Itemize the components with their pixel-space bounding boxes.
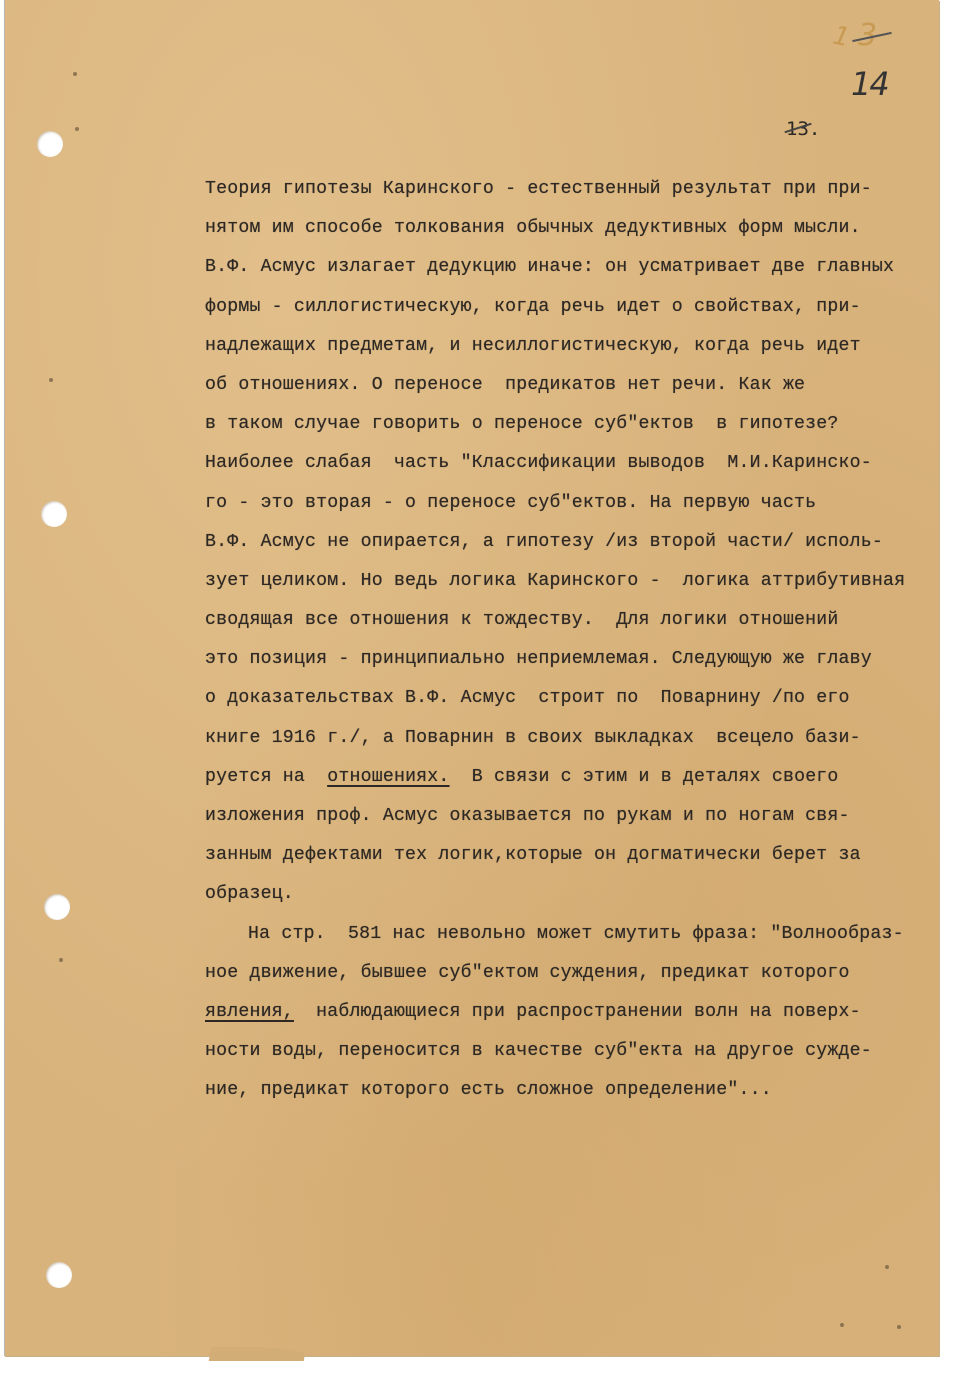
text-line: В.Ф. Асмус излагает дедукцию иначе: он у… — [205, 254, 945, 293]
text-line: нятом им способе толкования обычных деду… — [205, 215, 945, 254]
punch-hole — [37, 131, 63, 157]
text-line: книге 1916 г./, а Поварнин в своих выкла… — [205, 725, 945, 764]
archive-folio-number: 14 — [851, 65, 888, 103]
text-line-with-underline: явления, наблюдающиеся при распространен… — [205, 999, 945, 1038]
paper-speck — [49, 378, 53, 382]
text-line: ности воды, переносится в качестве суб"е… — [205, 1038, 945, 1077]
punch-hole — [41, 501, 67, 527]
text-line: изложения проф. Асмус оказывается по рук… — [205, 803, 945, 842]
text-line: зует целиком. Но ведь логика Каринского … — [205, 568, 945, 607]
typewritten-text: Теория гипотезы Каринского - естественны… — [205, 176, 945, 1117]
text-line: го - это вторая - о переносе суб"ектов. … — [205, 490, 945, 529]
text-line: Наиболее слабая часть "Классификации выв… — [205, 450, 945, 489]
paper-speck — [59, 958, 63, 962]
page-number: 13. — [786, 118, 820, 140]
archive-pencil-mark: 1 — [830, 21, 852, 54]
page-number-rest: 3. — [797, 118, 820, 140]
torn-paper-edge — [209, 1347, 306, 1361]
text-line: Теория гипотезы Каринского - естественны… — [205, 176, 945, 215]
text-line: об отношениях. О переносе предикатов нет… — [205, 372, 945, 411]
text-segment: наблюдающиеся при распространении волн н… — [294, 1002, 861, 1022]
text-line: образец. — [205, 881, 945, 920]
archive-crossed-folio: 3 — [858, 18, 877, 53]
text-line: ное движение, бывшее суб"ектом суждения,… — [205, 960, 945, 999]
text-segment: В связи с этим и в деталях своего — [450, 767, 839, 787]
text-line: в таком случае говорить о переносе суб"е… — [205, 411, 945, 450]
text-line: сводящая все отношения к тождеству. Для … — [205, 607, 945, 646]
paper-speck — [897, 1325, 901, 1329]
paper-speck — [73, 72, 77, 76]
punch-hole — [44, 894, 70, 920]
text-segment: руется на — [205, 767, 327, 787]
text-line: формы - силлогистическую, когда речь иде… — [205, 294, 945, 333]
paper-speck — [75, 127, 79, 131]
text-line-with-underline: руется на отношениях. В связи с этим и в… — [205, 764, 945, 803]
text-line: В.Ф. Асмус не опирается, а гипотезу /из … — [205, 529, 945, 568]
paper-speck — [885, 1265, 889, 1269]
text-line: занным дефектами тех логик,которые он до… — [205, 842, 945, 881]
underlined-word: явления, — [205, 1002, 294, 1022]
text-line: надлежащих предметам, и несиллогистическ… — [205, 333, 945, 372]
punch-hole — [46, 1262, 72, 1288]
paper-speck — [840, 1323, 844, 1327]
text-line: это позиция - принципиально неприемлемая… — [205, 646, 945, 685]
text-line: На стр. 581 нас невольно может смутить ф… — [205, 921, 945, 960]
text-line: о доказательствах В.Ф. Асмус строит по П… — [205, 685, 945, 724]
page-number-crossed-digit: 1 — [786, 118, 797, 140]
paragraph-1: Теория гипотезы Каринского - естественны… — [205, 176, 945, 921]
underlined-word: отношениях. — [327, 767, 449, 787]
paragraph-2: На стр. 581 нас невольно может смутить ф… — [205, 921, 945, 1117]
text-line: ние, предикат которого есть сложное опре… — [205, 1077, 945, 1116]
